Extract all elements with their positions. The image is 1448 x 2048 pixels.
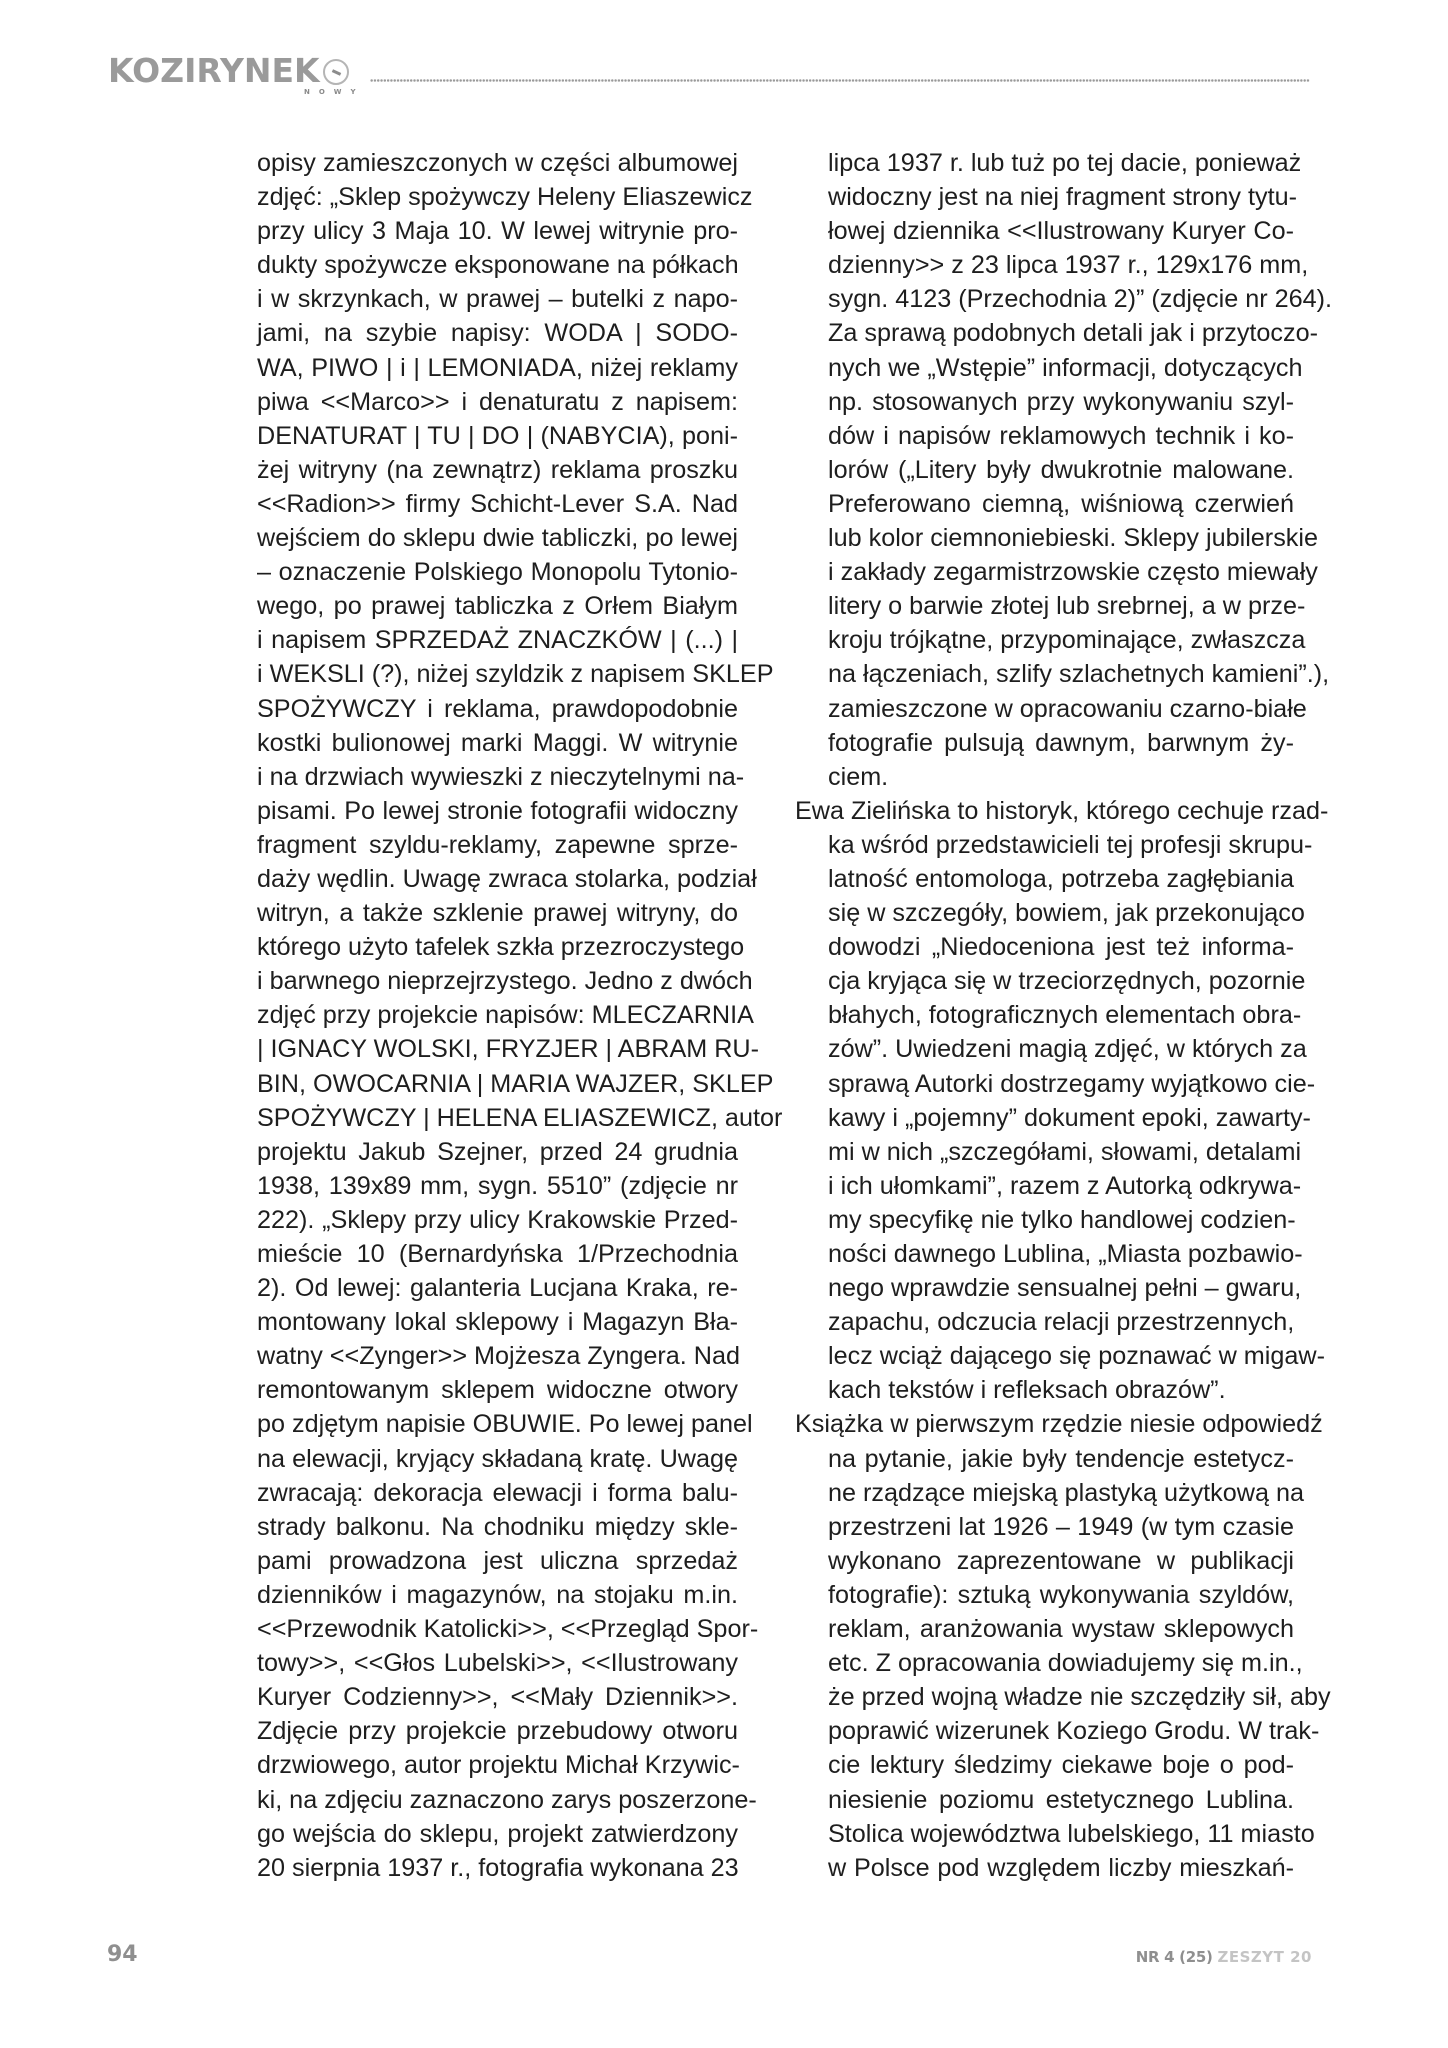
text-line: jami, na szybie napisy: WODA | SODO-: [257, 316, 738, 350]
text-line: remontowanym sklepem widoczne otwory: [257, 1373, 738, 1407]
text-line: żej witryny (na zewnątrz) reklama proszk…: [257, 453, 738, 487]
text-line: strady balkonu. Na chodniku między skle-: [257, 1510, 738, 1544]
text-line: 1938, 139x89 mm, sygn. 5510” (zdjęcie nr: [257, 1169, 738, 1203]
text-line: 20 sierpnia 1937 r., fotografia wykonana…: [257, 1851, 738, 1885]
text-line: łowej dziennika <<Ilustrowany Kuryer Co-: [828, 214, 1294, 248]
page-number: 94: [107, 1942, 138, 1967]
text-line: nych we „Wstępie” informacji, dotyczącyc…: [828, 351, 1294, 385]
text-line: montowany lokal sklepowy i Magazyn Bła-: [257, 1305, 738, 1339]
text-line: i napisem SPRZEDAŻ ZNACZKÓW | (...) |: [257, 623, 738, 657]
text-line: projektu Jakub Szejner, przed 24 grudnia: [257, 1135, 738, 1169]
issue-number: NR 4 (25): [1136, 1948, 1213, 1966]
text-line: Za sprawą podobnych detali jak i przytoc…: [828, 316, 1294, 350]
text-line: że przed wojną władze nie szczędziły sił…: [828, 1680, 1294, 1714]
text-line: na pytanie, jakie były tendencje estetyc…: [828, 1442, 1294, 1476]
text-line: Książka w pierwszym rzędzie niesie odpow…: [795, 1407, 1294, 1441]
text-line: dowodzi „Niedoceniona jest też informa-: [828, 930, 1294, 964]
issue-label: NR 4 (25) ZESZYT 20: [1136, 1948, 1312, 1966]
text-line: Zdjęcie przy projekcie przebudowy otworu: [257, 1714, 738, 1748]
text-line: ne rządzące miejską plastyką użytkową na: [828, 1476, 1294, 1510]
text-line: go wejścia do sklepu, projekt zatwierdzo…: [257, 1817, 738, 1851]
text-line: wejściem do sklepu dwie tabliczki, po le…: [257, 521, 738, 555]
text-line: zdjęć: „Sklep spożywczy Heleny Eliaszewi…: [257, 180, 738, 214]
text-line: dzienny>> z 23 lipca 1937 r., 129x176 mm…: [828, 248, 1294, 282]
text-line: którego użyto tafelek szkła przezroczyst…: [257, 930, 738, 964]
text-line: Stolica województwa lubelskiego, 11 mias…: [828, 1817, 1294, 1851]
text-line: kawy i „pojemny” dokument epoki, zawarty…: [828, 1101, 1294, 1135]
text-line: opisy zamieszczonych w części albumowej: [257, 146, 738, 180]
left-text-column: opisy zamieszczonych w części albumowejz…: [257, 146, 738, 1885]
text-line: cja kryjąca się w trzeciorzędnych, pozor…: [828, 964, 1294, 998]
text-line: i w skrzynkach, w prawej – butelki z nap…: [257, 282, 738, 316]
text-line: daży wędlin. Uwagę zwraca stolarka, podz…: [257, 862, 738, 896]
text-line: – oznaczenie Polskiego Monopolu Tytonio-: [257, 555, 738, 589]
text-line: pami prowadzona jest uliczna sprzedaż: [257, 1544, 738, 1578]
text-line: lecz wciąż dającego się poznawać w migaw…: [828, 1339, 1294, 1373]
text-line: DENATURAT | TU | DO | (NABYCIA), poni-: [257, 419, 738, 453]
text-line: 222). „Sklepy przy ulicy Krakowskie Prze…: [257, 1203, 738, 1237]
text-line: w Polsce pod względem liczby mieszkań-: [828, 1851, 1294, 1885]
text-line: wykonano zaprezentowane w publikacji: [828, 1544, 1294, 1578]
text-line: widoczny jest na niej fragment strony ty…: [828, 180, 1294, 214]
text-line: mieście 10 (Bernardyńska 1/Przechodnia: [257, 1237, 738, 1271]
text-line: sygn. 4123 (Przechodnia 2)” (zdjęcie nr …: [828, 282, 1294, 316]
text-line: sprawą Autorki dostrzegamy wyjątkowo cie…: [828, 1067, 1294, 1101]
text-line: dów i napisów reklamowych technik i ko-: [828, 419, 1294, 453]
text-line: ciem.: [828, 760, 1294, 794]
text-line: cie lektury śledzimy ciekawe boje o pod-: [828, 1748, 1294, 1782]
text-line: i WEKSLI (?), niżej szyldzik z napisem S…: [257, 657, 738, 691]
right-text-column: lipca 1937 r. lub tuż po tej dacie, poni…: [828, 146, 1294, 1885]
magazine-logo: KOZIRYNEK: [108, 54, 349, 88]
text-line: fragment szyldu-reklamy, zapewne sprze-: [257, 828, 738, 862]
text-line: przy ulicy 3 Maja 10. W lewej witrynie p…: [257, 214, 738, 248]
text-line: zapachu, odczucia relacji przestrzennych…: [828, 1305, 1294, 1339]
text-line: reklam, aranżowania wystaw sklepowych: [828, 1612, 1294, 1646]
text-line: SPOŻYWCZY | HELENA ELIASZEWICZ, autor: [257, 1101, 738, 1135]
text-line: piwa <<Marco>> i denaturatu z napisem:: [257, 385, 738, 419]
text-line: | IGNACY WOLSKI, FRYZJER | ABRAM RU-: [257, 1032, 738, 1066]
text-line: ności dawnego Lublina, „Miasta pozbawio-: [828, 1237, 1294, 1271]
text-line: zwracają: dekoracja elewacji i forma bal…: [257, 1476, 738, 1510]
text-line: fotografie): sztuką wykonywania szyldów,: [828, 1578, 1294, 1612]
text-line: niesienie poziomu estetycznego Lublina.: [828, 1783, 1294, 1817]
text-line: na elewacji, kryjący składaną kratę. Uwa…: [257, 1442, 738, 1476]
text-line: i ich ułomkami”, razem z Autorką odkrywa…: [828, 1169, 1294, 1203]
text-line: kostki bulionowej marki Maggi. W witryni…: [257, 726, 738, 760]
text-line: latność entomologa, potrzeba zagłębiania: [828, 862, 1294, 896]
text-line: po zdjętym napisie OBUWIE. Po lewej pane…: [257, 1407, 738, 1441]
text-line: np. stosowanych przy wykonywaniu szyl-: [828, 385, 1294, 419]
text-line: i zakłady zegarmistrzowskie często miewa…: [828, 555, 1294, 589]
text-line: mi w nich „szczegółami, słowami, detalam…: [828, 1135, 1294, 1169]
text-line: Kuryer Codzienny>>, <<Mały Dziennik>>.: [257, 1680, 738, 1714]
text-line: towy>>, <<Głos Lubelski>>, <<Ilustrowany: [257, 1646, 738, 1680]
text-line: zamieszczone w opracowaniu czarno-białe: [828, 692, 1294, 726]
text-line: pisami. Po lewej stronie fotografii wido…: [257, 794, 738, 828]
text-line: kach tekstów i refleksach obrazów”.: [828, 1373, 1294, 1407]
text-line: WA, PIWO | i | LEMONIADA, niżej reklamy: [257, 351, 738, 385]
text-line: SPOŻYWCZY i reklama, prawdopodobnie: [257, 692, 738, 726]
issue-volume: ZESZYT 20: [1218, 1948, 1313, 1966]
text-line: Ewa Zielińska to historyk, którego cechu…: [795, 794, 1294, 828]
logo-text: KOZIRYNEK: [108, 54, 320, 88]
text-line: lorów („Litery były dwukrotnie malowane.: [828, 453, 1294, 487]
text-line: lub kolor ciemnoniebieski. Sklepy jubile…: [828, 521, 1294, 555]
text-line: Preferowano ciemną, wiśniową czerwień: [828, 487, 1294, 521]
text-line: 2). Od lewej: galanteria Lucjana Kraka, …: [257, 1271, 738, 1305]
text-line: zów”. Uwiedzeni magią zdjęć, w których z…: [828, 1032, 1294, 1066]
text-line: BIN, OWOCARNIA | MARIA WAJZER, SKLEP: [257, 1067, 738, 1101]
text-line: poprawić wizerunek Koziego Grodu. W trak…: [828, 1714, 1294, 1748]
text-line: fotografie pulsują dawnym, barwnym ży-: [828, 726, 1294, 760]
text-line: przestrzeni lat 1926 – 1949 (w tym czasi…: [828, 1510, 1294, 1544]
text-line: się w szczegóły, bowiem, jak przekonując…: [828, 896, 1294, 930]
text-line: <<Przewodnik Katolicki>>, <<Przegląd Spo…: [257, 1612, 738, 1646]
text-line: dzienników i magazynów, na stojaku m.in.: [257, 1578, 738, 1612]
text-line: dukty spożywcze eksponowane na półkach: [257, 248, 738, 282]
text-line: i barwnego nieprzejrzystego. Jedno z dwó…: [257, 964, 738, 998]
logo-subtitle: NOWY: [304, 88, 365, 96]
text-line: etc. Z opracowania dowiadujemy się m.in.…: [828, 1646, 1294, 1680]
text-line: i na drzwiach wywieszki z nieczytelnymi …: [257, 760, 738, 794]
text-line: kroju trójkątne, przypominające, zwłaszc…: [828, 623, 1294, 657]
text-line: nego wprawdzie sensualnej pełni – gwaru,: [828, 1271, 1294, 1305]
text-line: watny <<Zynger>> Mojżesza Zyngera. Nad: [257, 1339, 738, 1373]
goat-emblem-icon: [323, 59, 349, 85]
text-line: ki, na zdjęciu zaznaczono zarys poszerzo…: [257, 1783, 738, 1817]
text-line: witryn, a także szklenie prawej witryny,…: [257, 896, 738, 930]
text-line: lipca 1937 r. lub tuż po tej dacie, poni…: [828, 146, 1294, 180]
text-line: wego, po prawej tabliczka z Orłem Białym: [257, 589, 738, 623]
text-line: na łączeniach, szlify szlachetnych kamie…: [828, 657, 1294, 691]
text-line: błahych, fotograficznych elementach obra…: [828, 998, 1294, 1032]
text-line: my specyfikę nie tylko handlowej codzien…: [828, 1203, 1294, 1237]
page-header: KOZIRYNEK NOWY: [108, 50, 1318, 100]
header-dotted-rule: [370, 79, 1310, 82]
text-line: drzwiowego, autor projektu Michał Krzywi…: [257, 1748, 738, 1782]
text-line: ka wśród przedstawicieli tej profesji sk…: [828, 828, 1294, 862]
text-line: litery o barwie złotej lub srebrnej, a w…: [828, 589, 1294, 623]
text-line: <<Radion>> firmy Schicht-Lever S.A. Nad: [257, 487, 738, 521]
text-line: zdjęć przy projekcie napisów: MLECZARNIA: [257, 998, 738, 1032]
